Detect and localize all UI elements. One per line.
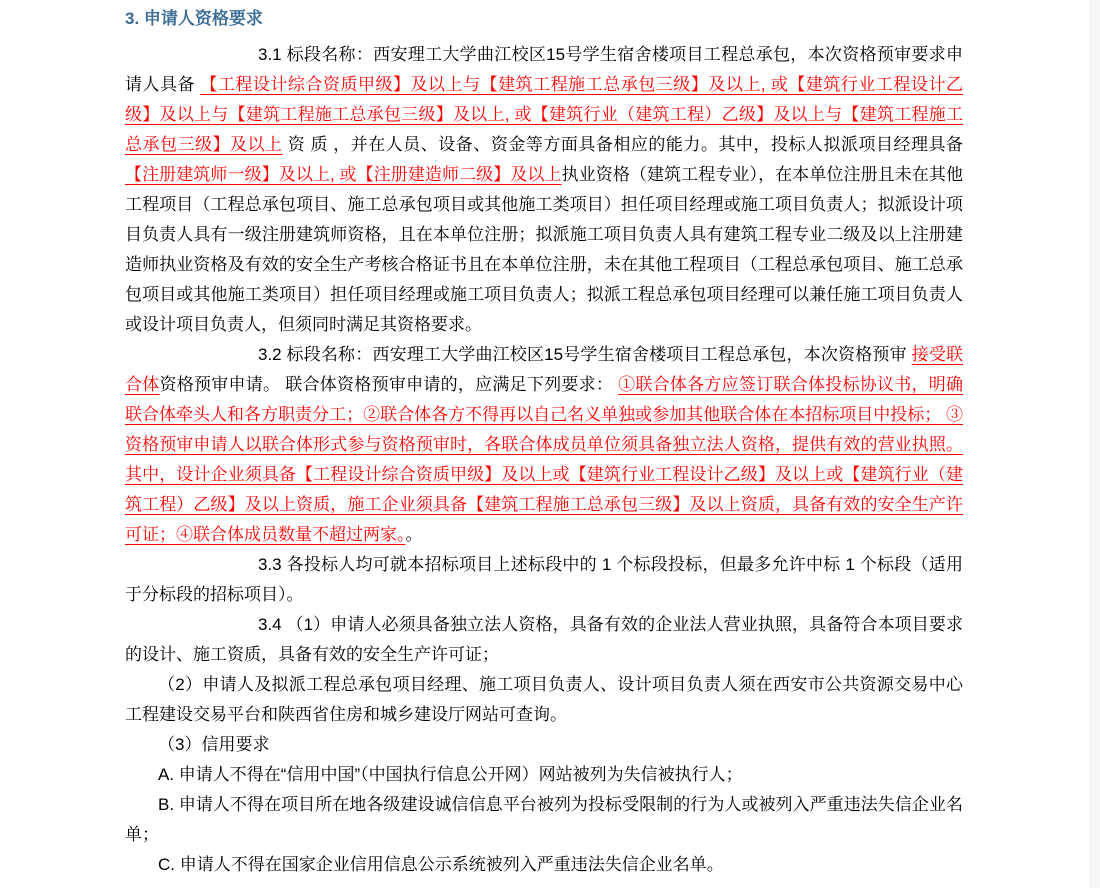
page-edge-strip	[1089, 0, 1100, 888]
body-text: （3）信用要求	[158, 735, 269, 754]
document-body: 3. 申请人资格要求 3.1 标段名称：西安理工大学曲江校区15号学生宿舍楼项目…	[125, 0, 963, 880]
paragraph: C. 申请人不得在国家企业信用信息公示系统被列入严重违法失信企业名单。	[125, 850, 963, 880]
paragraph: （3）信用要求	[125, 730, 963, 760]
body-text: （2）申请人及拟派工程总承包项目经理、施工项目负责人、设计项目负责人须在西安市公…	[125, 675, 963, 724]
paragraph: B. 申请人不得在项目所在地各级建设诚信信息平台被列为投标受限制的行为人或被列入…	[125, 790, 963, 850]
body-text: 。	[406, 525, 423, 544]
highlighted-underlined-text: ①联合体各方应签订联合体投标协议书，明确联合体牵头人和各方职责分工；②联合体各方…	[125, 375, 963, 544]
paragraph: 3.4 （1）申请人必须具备独立法人资格，具备有效的企业法人营业执照，具备符合本…	[125, 610, 963, 670]
paragraph: 3.2 标段名称：西安理工大学曲江校区15号学生宿舍楼项目工程总承包，本次资格预…	[125, 340, 963, 550]
body-text: 3.4 （1）申请人必须具备独立法人资格，具备有效的企业法人营业执照，具备符合本…	[125, 615, 963, 664]
body-text: C. 申请人不得在国家企业信用信息公示系统被列入严重违法失信企业名单。	[158, 855, 724, 874]
section-heading: 3. 申请人资格要求	[125, 8, 963, 29]
highlighted-underlined-text: 【注册建筑师一级】及以上, 或【注册建造师二级】及以上	[125, 165, 562, 184]
body-text: 3.3 各投标人均可就本招标项目上述标段中的 1 个标段投标，但最多允许中标 1…	[125, 555, 963, 604]
paragraphs: 3.1 标段名称：西安理工大学曲江校区15号学生宿舍楼项目工程总承包，本次资格预…	[125, 40, 963, 880]
paragraph: A. 申请人不得在“信用中国”（中国执行信息公开网）网站被列为失信被执行人；	[125, 760, 963, 790]
body-text: 3.2 标段名称：西安理工大学曲江校区15号学生宿舍楼项目工程总承包，本次资格预…	[258, 345, 912, 364]
body-text: A. 申请人不得在“信用中国”（中国执行信息公开网）网站被列为失信被执行人；	[158, 765, 743, 784]
paragraph: （2）申请人及拟派工程总承包项目经理、施工项目负责人、设计项目负责人须在西安市公…	[125, 670, 963, 730]
paragraph: 3.1 标段名称：西安理工大学曲江校区15号学生宿舍楼项目工程总承包，本次资格预…	[125, 40, 963, 340]
body-text: B. 申请人不得在项目所在地各级建设诚信信息平台被列为投标受限制的行为人或被列入…	[125, 795, 963, 844]
body-text: 资 质 ，并在人员、设备、资金等方面具备相应的能力。其中，投标人拟派项目经理具备	[283, 135, 963, 154]
body-text: 资格预审申请。 联合体资格预审申请的，应满足下列要求：	[160, 375, 619, 394]
paragraph: 3.3 各投标人均可就本招标项目上述标段中的 1 个标段投标，但最多允许中标 1…	[125, 550, 963, 610]
body-text: 执业资格（建筑工程专业），在本单位注册且未在其他工程项目（工程总承包项目、施工总…	[125, 165, 963, 334]
